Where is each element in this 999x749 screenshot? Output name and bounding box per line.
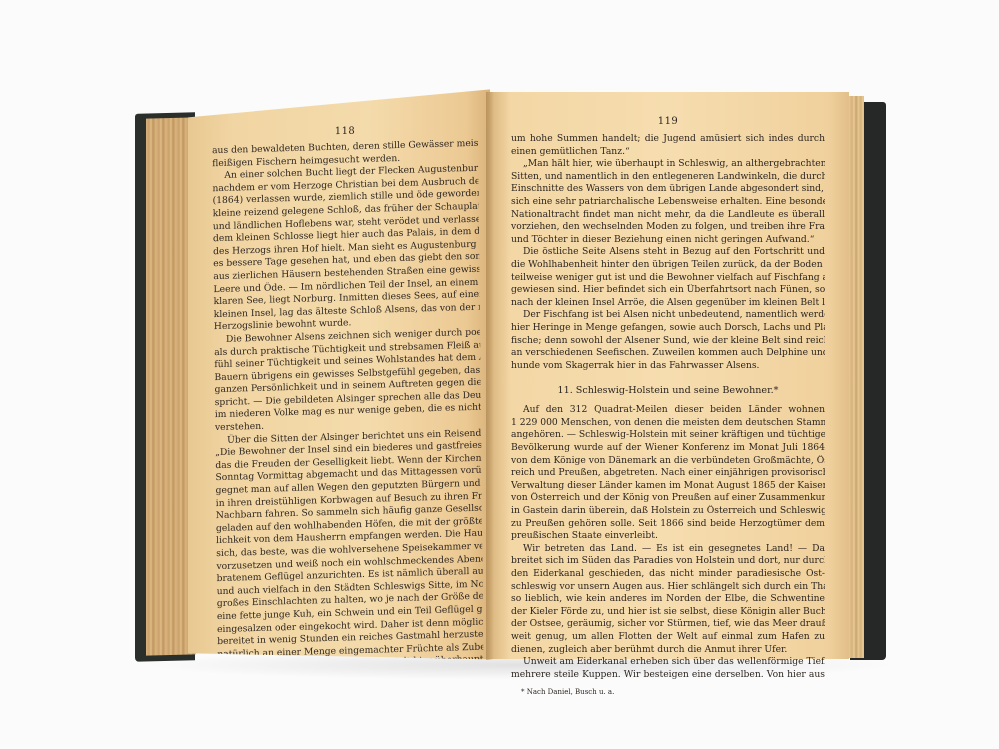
- text-line: Auf den 312 Quadrat-Meilen dieser beiden…: [511, 404, 825, 417]
- text-line: 1 229 000 Menschen, von denen die meiste…: [511, 417, 825, 430]
- text-line: teilweise weniger gut ist und die Bewohn…: [511, 272, 825, 285]
- text-line: Nationaltracht findet man nicht mehr, da…: [511, 209, 825, 222]
- text-line: Unweit am Eiderkanal erheben sich über d…: [511, 656, 825, 669]
- page-number-right: 119: [511, 116, 825, 127]
- text-line: Bevölkerung wurde auf der Wiener Konfere…: [511, 442, 825, 455]
- left-page: 118 aus den bewaldeten Buchten, deren st…: [188, 89, 490, 664]
- text-line: weit genug, um allen Flotten der Welt au…: [511, 631, 825, 644]
- text-line: um hohe Summen handelt; die Jugend amüsi…: [511, 133, 825, 146]
- text-line: Zeitvertreib wird abends Karten gespielt…: [218, 679, 484, 699]
- text-line: der Kieler Förde zu, und hier ist sie se…: [511, 606, 825, 619]
- text-line: Wir betreten das Land. — Es ist ein gese…: [511, 543, 825, 556]
- text-line: der Ostsee, geräumig, sicher vor Stürmen…: [511, 618, 825, 631]
- text-line: mehrere steile Kuppen. Wir besteigen ein…: [511, 669, 825, 682]
- right-page-body-top: um hohe Summen handelt; die Jugend amüsi…: [511, 133, 825, 372]
- text-line: Die östliche Seite Alsens steht in Bezug…: [511, 246, 825, 259]
- text-line: Verwaltung dieser Länder kamen im Monat …: [511, 480, 825, 493]
- text-line: hier Heringe in Menge gefangen, sowie au…: [511, 322, 825, 335]
- text-line: preußischen Staate einverleibt.: [511, 530, 825, 543]
- text-line: in Gastein darin überein, daß Holstein z…: [511, 505, 825, 518]
- text-line: von dem Könige von Dänemark an die verbü…: [511, 455, 825, 468]
- text-line: gewiesen sind. Hier befindet sich ein Üb…: [511, 284, 825, 297]
- text-line: reich und Preußen, abgetreten. Nach eine…: [511, 467, 825, 480]
- text-line: schleswig vor unsern Augen aus. Hier sch…: [511, 581, 825, 594]
- text-line: sich eine sehr patriarchalische Lebenswe…: [511, 196, 825, 209]
- text-line: vorziehen, den wechselnden Moden zu folg…: [511, 221, 825, 234]
- page-number-left: 118: [212, 124, 478, 140]
- text-line: dienen, zugleich aber berühmt durch die …: [511, 644, 825, 657]
- text-line: „Man hält hier, wie überhaupt in Schlesw…: [511, 158, 825, 171]
- footnote: * Nach Daniel, Busch u. a.: [511, 687, 825, 697]
- text-line: Der Fischfang ist bei Alsen nicht unbede…: [511, 309, 825, 322]
- text-line: die Wohlhabenheit hinter den übrigen Tei…: [511, 259, 825, 272]
- chapter-heading: 11. Schleswig-Holstein und seine Bewohne…: [511, 384, 825, 398]
- text-line: fische; denn sowohl der Alsener Sund, wi…: [511, 335, 825, 348]
- text-line: breitet sich im Süden das Paradies von H…: [511, 555, 825, 568]
- right-page-body-bottom: Auf den 312 Quadrat-Meilen dieser beiden…: [511, 404, 825, 681]
- text-line: angehören. — Schleswig-Holstein mit sein…: [511, 429, 825, 442]
- text-line: von Österreich und der König von Preußen…: [511, 492, 825, 505]
- book-gutter: [486, 92, 494, 660]
- right-page: 119 um hohe Summen handelt; die Jugend a…: [489, 92, 849, 659]
- text-line: den Eiderkanal geschieden, das nicht min…: [511, 568, 825, 581]
- text-line: und Töchter in dieser Beziehung einen ni…: [511, 234, 825, 247]
- text-line: so lieblich, wie kein anderes im Norden …: [511, 593, 825, 606]
- left-page-body: aus den bewaldeten Buchten, deren stille…: [212, 138, 484, 699]
- text-line: einen gemütlichen Tanz.“: [511, 146, 825, 159]
- text-line: Sitten, und namentlich in den entlegener…: [511, 171, 825, 184]
- text-line: hunde vom Skagerrak hier in das Fahrwass…: [511, 360, 825, 373]
- text-line: zu Preußen gehören solle. Seit 1866 sind…: [511, 518, 825, 531]
- text-line: Einschnitte des Wassers von dem übrigen …: [511, 183, 825, 196]
- text-line: nach der kleinen Insel Arröe, die Alsen …: [511, 297, 825, 310]
- text-line: an verschiedenen Seefischen. Zuweilen ko…: [511, 347, 825, 360]
